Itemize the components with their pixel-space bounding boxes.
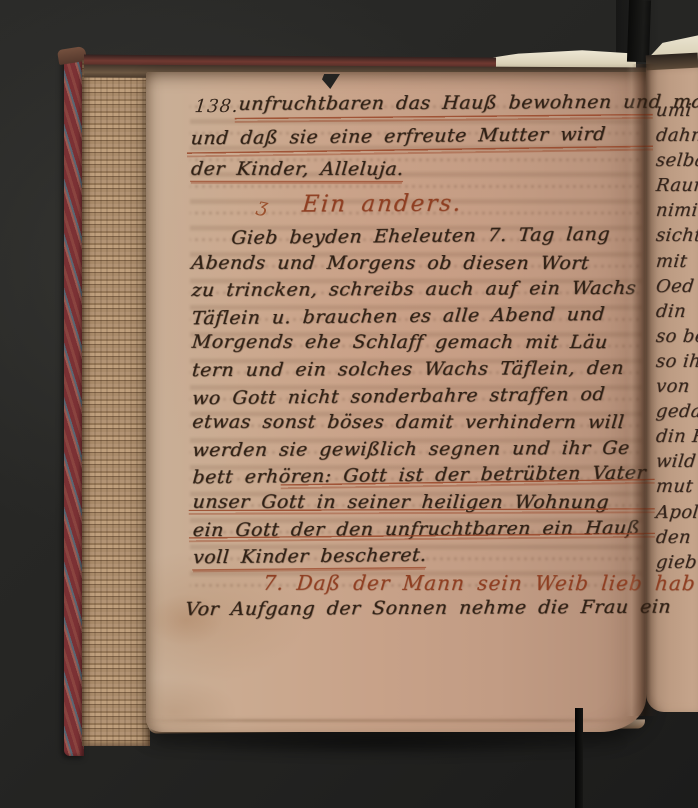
facing-fragment-text: von — [655, 376, 691, 397]
facing-fragment-text: wild — [655, 451, 697, 472]
manuscript-line-text: Morgends ehe Schlaff gemach mit Läu — [191, 331, 609, 353]
facing-fragment-text: mut — [655, 476, 694, 497]
rubric-mark: ʒ — [255, 194, 270, 218]
facing-fragment-text: selba — [655, 150, 698, 171]
manuscript-line-text: tern und ein solches Wachs Täflein, den — [191, 357, 625, 381]
manuscript-line: Gieb beyden Eheleuten 7. Tag lang — [191, 223, 643, 254]
manuscript-line: zu trincken, schreibs auch auf ein Wachs — [192, 277, 644, 306]
manuscript-line-text: unfruchtbaren das Hauß bewohnen und mach… — [238, 90, 698, 115]
manuscript-line-text: bett erhören: Gott ist der betrübten Vat… — [192, 462, 647, 489]
manuscript-line-text: Vor Aufgang der Sonnen nehme die Frau ei… — [184, 596, 672, 621]
manuscript-line: wo Gott nicht sonderbahre straffen od — [192, 382, 644, 413]
facing-fragment-text: so bei — [655, 326, 698, 347]
facing-page-top-edge — [646, 53, 698, 71]
facing-fragment: von — [656, 376, 698, 401]
facing-fragment: gedan — [656, 401, 698, 426]
book-shadow — [130, 730, 630, 756]
rubric-heading-ein-anders: ʒ Ein anders. — [191, 190, 643, 226]
marbled-cover-edge — [64, 54, 84, 756]
facing-fragment: mut — [656, 476, 698, 501]
manuscript-line-text: zu trincken, schreibs auch auf ein Wachs — [191, 277, 637, 301]
manuscript-line-text: Gieb beyden Eheleuten 7. Tag lang — [231, 223, 611, 249]
facing-fragment: sicht — [656, 225, 698, 250]
manuscript-line: voll Kinder bescheret. — [193, 542, 645, 573]
facing-fragment: umi — [656, 100, 698, 125]
manuscript-line-text: Abends und Morgens ob diesen Wort — [191, 251, 591, 273]
manuscript-photo: 138. unfruchtbaren das Hauß bewohnen und… — [0, 0, 698, 808]
manuscript-line: der Kinder, Alleluja. — [191, 158, 643, 191]
manuscript-line: Morgends ehe Schlaff gemach mit Läu — [192, 331, 644, 358]
facing-fragment-text: din R — [655, 426, 698, 447]
facing-fragment-text: mit — [655, 251, 688, 272]
facing-fragment-text: din — [655, 301, 687, 322]
facing-fragment: din — [656, 301, 698, 326]
facing-page-text-fragments: umi dahn selba Raum nimi sicht mit Oed d… — [656, 100, 698, 577]
facing-fragment: mit — [656, 251, 698, 276]
manuscript-line-text: unser Gott in seiner heiligen Wohnung — [192, 491, 610, 513]
facing-fragment: den — [656, 527, 698, 552]
facing-fragment: gieb — [656, 552, 698, 577]
facing-fragment-text: so ih — [655, 351, 698, 372]
page-number: 138. — [194, 96, 240, 117]
manuscript-line: werden sie gewißlich segnen und ihr Ge — [192, 437, 644, 466]
manuscript-line: ein Gott der den unfruchtbaren ein Hauß — [193, 516, 645, 545]
manuscript-line-text: etwas sonst böses damit verhindern will — [191, 411, 625, 433]
facing-fragment: Oed — [656, 276, 698, 301]
rubric-heading-section-7: 7. Daß der Mann sein Weib lieb hab — [193, 571, 645, 598]
manuscript-line: Abends und Morgens ob diesen Wort — [192, 251, 644, 278]
facing-fragment-text: nimi — [655, 200, 698, 221]
manuscript-line-text: wo Gott nicht sonderbahre straffen od — [191, 383, 606, 409]
facing-fragment-text: gieb — [655, 552, 698, 573]
facing-fragment: dahn — [656, 125, 698, 150]
manuscript-line: Täflein u. brauchen es alle Abend und — [192, 302, 644, 333]
book-strap-bottom — [575, 708, 583, 808]
facing-fragment: nimi — [656, 200, 698, 225]
manuscript-line: etwas sonst böses damit verhindern will — [192, 411, 644, 438]
facing-fragment: selba — [656, 150, 698, 175]
facing-fragment-text: den — [655, 527, 692, 548]
manuscript-line: Vor Aufgang der Sonnen nehme die Frau ei… — [193, 596, 645, 625]
manuscript-line: unser Gott in seiner heiligen Wohnung — [193, 491, 645, 518]
facing-fragment: din R — [656, 426, 698, 451]
facing-fragment-text: gedan — [655, 401, 698, 422]
manuscript-line: tern und ein solches Wachs Täflein, den — [192, 357, 644, 386]
manuscript-line-text: voll Kinder bescheret. — [192, 544, 428, 570]
facing-fragment: Apol — [656, 502, 698, 527]
facing-fragment-text: sicht — [655, 225, 698, 246]
manuscript-line: und daß sie eine erfreute Mutter wird — [191, 123, 643, 161]
facing-fragment-text: dahn — [655, 125, 698, 146]
facing-fragment: wild — [656, 451, 698, 476]
manuscript-line-text: Täflein u. brauchen es alle Abend und — [191, 303, 606, 329]
facing-fragment: so bei — [656, 326, 698, 351]
facing-fragment: Raum — [656, 175, 698, 200]
manuscript-line-text: werden sie gewißlich segnen und ihr Ge — [192, 437, 631, 461]
facing-fragment-text: Apol — [655, 502, 698, 523]
handwritten-text-block: 138. unfruchtbaren das Hauß bewohnen und… — [191, 91, 646, 625]
manuscript-line: bett erhören: Gott ist der betrübten Vat… — [192, 462, 644, 493]
manuscript-line-text: der Kinder, Alleluja. — [190, 158, 405, 182]
page-block-fore-edge — [82, 60, 150, 746]
manuscript-line-text: ein Gott der den unfruchtbaren ein Hauß — [192, 516, 641, 540]
rubric-heading-text: Ein anders. — [301, 191, 463, 218]
facing-fragment-text: Raum — [655, 175, 698, 196]
book-strap-top — [627, 0, 651, 62]
manuscript-line-text: und daß sie eine erfreute Mutter wird — [190, 123, 607, 149]
facing-fragment: so ih — [656, 351, 698, 376]
rubric-heading-text: 7. Daß der Mann sein Weib lieb hab — [262, 571, 697, 595]
facing-fragment-text: umi — [655, 100, 693, 121]
manuscript-line: 138. unfruchtbaren das Hauß bewohnen und… — [191, 91, 643, 126]
facing-fragment-text: Oed — [655, 276, 695, 297]
